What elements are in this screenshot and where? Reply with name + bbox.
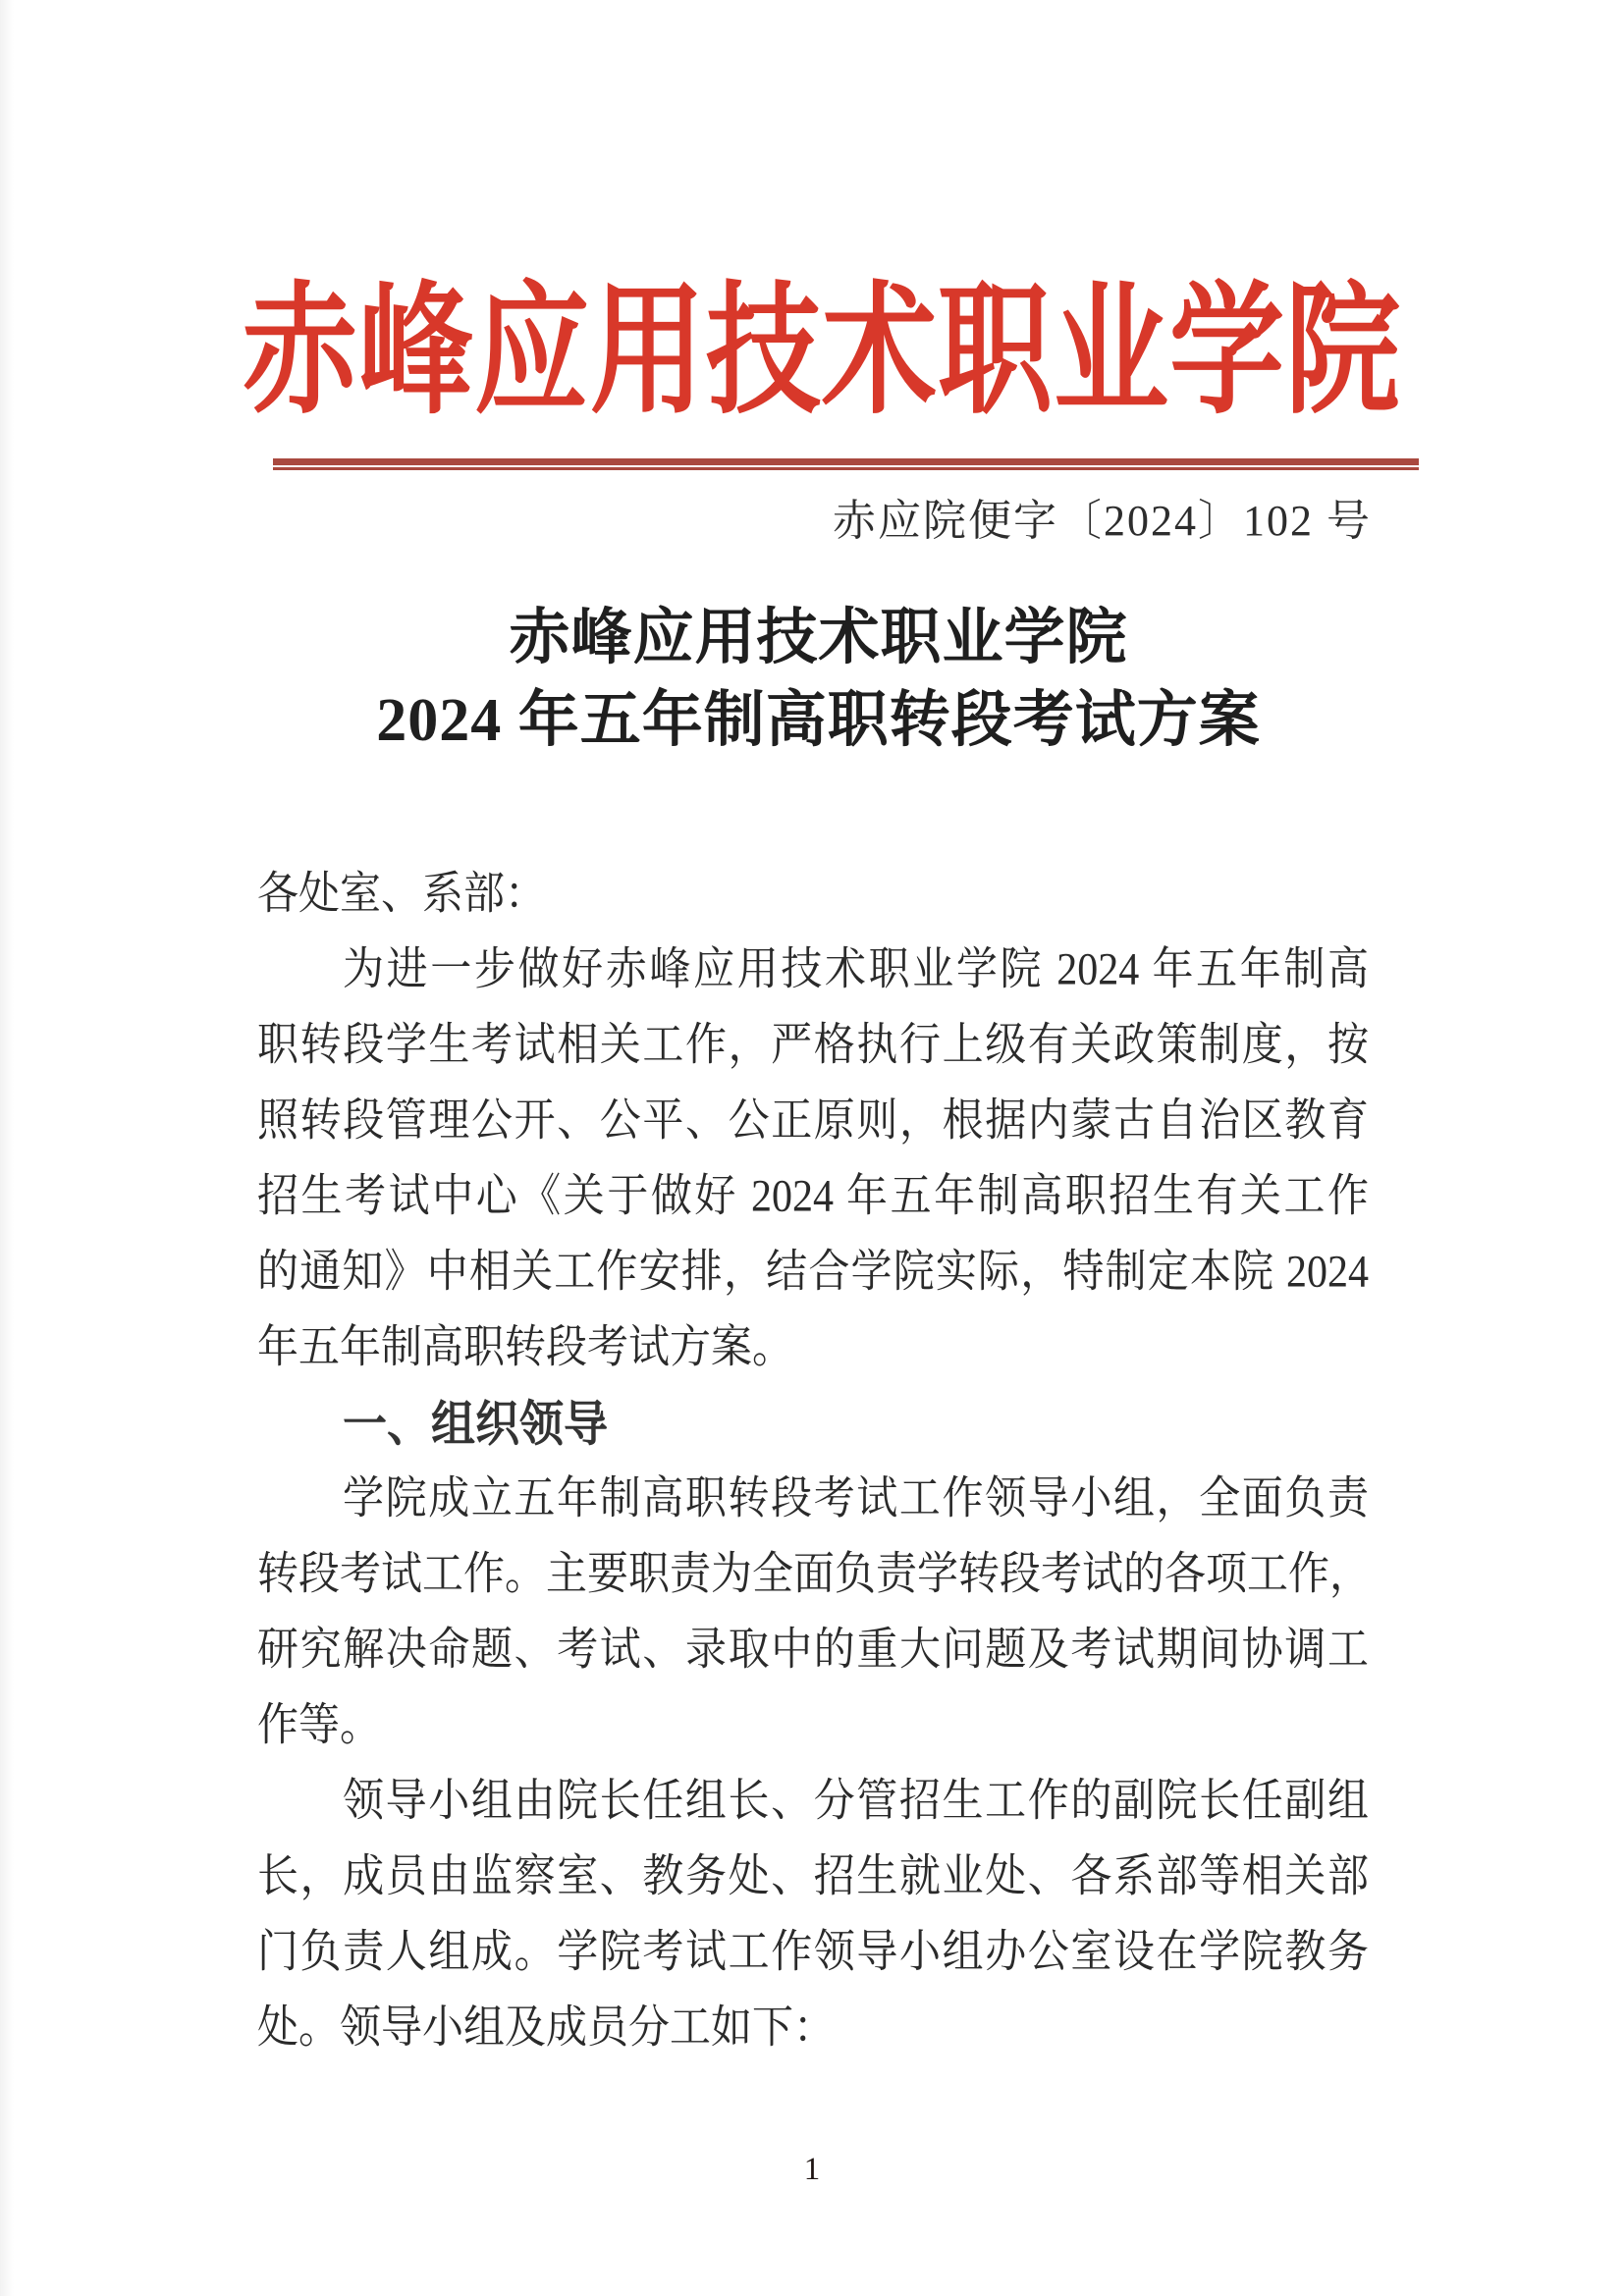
body-line: 的通知》中相关工作安排，结合学院实际，特制定本院 2024 [257,1231,1369,1314]
paragraph: 为进一步做好赤峰应用技术职业学院 2024 年五年制高职转段学生考试相关工作，严… [257,933,1369,1386]
body-line: 为进一步做好赤峰应用技术职业学院 2024 年五年制高 [257,929,1369,1012]
header-rule-thin [273,467,1419,470]
body-line: 门负责人组成。学院考试工作领导小组办公室设在学院教务 [257,1911,1369,1995]
body-line: 处。领导小组及成员分工如下： [257,1987,1369,2070]
body-line: 作等。 [257,1684,1369,1768]
body-line: 领导小组由院长任组长、分管招生工作的副院长任副组 [257,1760,1369,1843]
body-line: 照转段管理公开、公平、公正原则，根据内蒙古自治区教育 [257,1080,1369,1163]
body-line: 一、组织领导 [257,1382,1369,1466]
section-heading: 一、组织领导 [257,1386,1369,1462]
document-title-line2: 2024 年五年制高职转段考试方案 [13,679,1624,762]
body-line: 职转段学生考试相关工作，严格执行上级有关政策制度，按 [257,1004,1369,1088]
page-number: 1 [0,2152,1624,2187]
doc-number: 赤应院便字〔2024〕102 号 [833,493,1372,550]
document-title: 赤峰应用技术职业学院 2024 年五年制高职转段考试方案 [13,597,1624,762]
document-page: 赤峰应用技术职业学院 赤应院便字〔2024〕102 号 赤峰应用技术职业学院 2… [0,0,1624,2296]
body-line: 年五年制高职转段考试方案。 [257,1307,1369,1390]
body-line: 长，成员由监察室、教务处、招生就业处、各系部等相关部 [257,1836,1369,1919]
paragraph: 学院成立五年制高职转段考试工作领导小组，全面负责转段考试工作。主要职责为全面负责… [257,1462,1369,1764]
header-rule [273,458,1419,470]
paragraph: 领导小组由院长任组长、分管招生工作的副院长任副组长，成员由监察室、教务处、招生就… [257,1764,1369,2066]
paragraph: 各处室、系部： [257,857,1369,933]
document-title-line1: 赤峰应用技术职业学院 [13,597,1624,679]
body-text: 各处室、系部：为进一步做好赤峰应用技术职业学院 2024 年五年制高职转段学生考… [257,857,1369,2066]
body-line: 招生考试中心《关于做好 2024 年五年制高职招生有关工作 [257,1155,1369,1239]
body-line: 研究解决命题、考试、录取中的重大问题及考试期间协调工 [257,1609,1369,1692]
header-rule-thick [273,458,1419,465]
masthead-title: 赤峰应用技术职业学院 [20,282,1624,424]
body-line: 各处室、系部： [257,853,1369,936]
body-line: 学院成立五年制高职转段考试工作领导小组，全面负责 [257,1458,1369,1541]
body-line: 转段考试工作。主要职责为全面负责学转段考试的各项工作， [257,1533,1369,1617]
